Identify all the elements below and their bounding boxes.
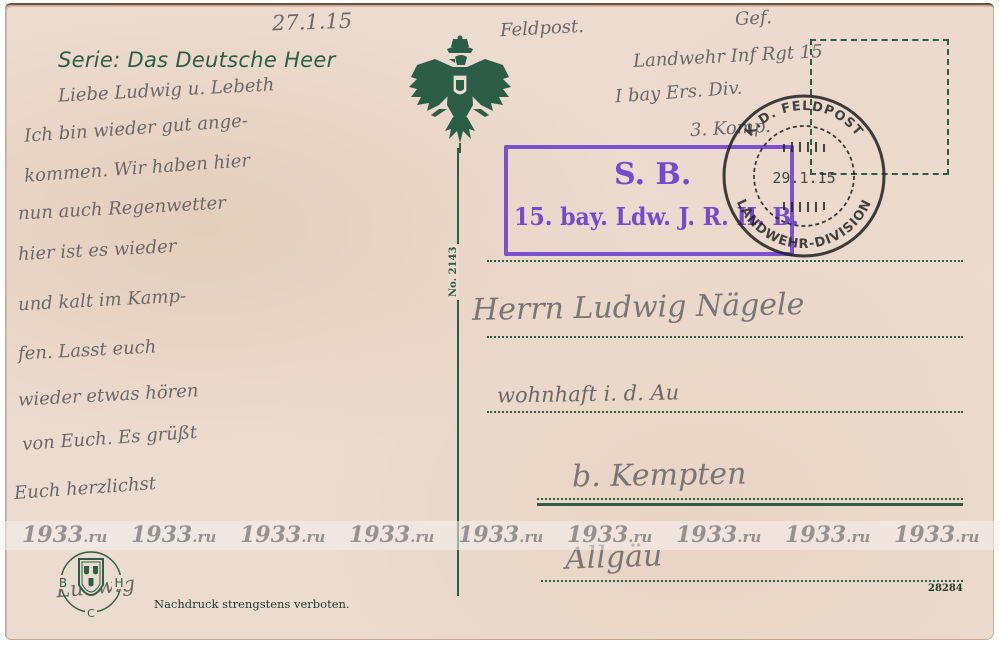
svg-text:29.1.15: 29.1.15: [772, 169, 835, 187]
watermark-text: 1933.ru: [240, 521, 349, 550]
svg-text:B: B: [59, 576, 67, 590]
watermark-text: 1933.ru: [894, 521, 1000, 550]
watermark-text: 1933.ru: [22, 521, 131, 550]
watermark-text: 1933.ru: [349, 521, 458, 550]
watermark-text: 1933.ru: [676, 521, 785, 550]
watermark-text: 1933.ru: [458, 521, 567, 550]
svg-text:K.D. FELDPOST: K.D. FELDPOST: [742, 99, 866, 140]
plate-number: No. 2143: [448, 244, 459, 300]
series-title: Serie: Das Deutsche Heer: [58, 48, 336, 72]
address-underline: [537, 503, 963, 506]
imperial-eagle-icon: [405, 35, 515, 153]
address-line-4: [537, 498, 963, 500]
postmark-icon: K.D. FELDPOST LANDWEHR-DIVISION 29.1.15: [718, 90, 890, 262]
watermark-text: 1933.ru: [131, 521, 240, 550]
svg-text:H: H: [114, 576, 123, 590]
address-recipient: Herrn Ludwig Nägele: [472, 287, 805, 328]
bhc-shield-logo-icon: B H C: [54, 545, 128, 619]
address-city: b. Kempten: [572, 456, 747, 494]
sender-line: Gef.: [734, 7, 772, 30]
serial-number: 28284: [928, 583, 963, 594]
handwritten-date: 27.1.15: [272, 9, 353, 36]
svg-text:C: C: [87, 607, 95, 619]
address-line-2: [487, 336, 963, 338]
address-street: wohnhaft i. d. Au: [497, 380, 680, 407]
address-line-3: [487, 411, 963, 413]
censor-stamp-line1: S. B.: [614, 157, 691, 192]
watermark-text: 1933.ru: [785, 521, 894, 550]
watermark-text: 1933.ru: [567, 521, 676, 550]
address-line-5: [541, 580, 963, 582]
sender-line: Feldpost.: [500, 16, 585, 41]
watermark-band: 1933.ru1933.ru1933.ru1933.ru1933.ru1933.…: [0, 521, 1000, 550]
svg-text:LANDWEHR-DIVISION: LANDWEHR-DIVISION: [733, 197, 875, 252]
reprint-notice: Nachdruck strengstens verboten.: [154, 597, 350, 611]
